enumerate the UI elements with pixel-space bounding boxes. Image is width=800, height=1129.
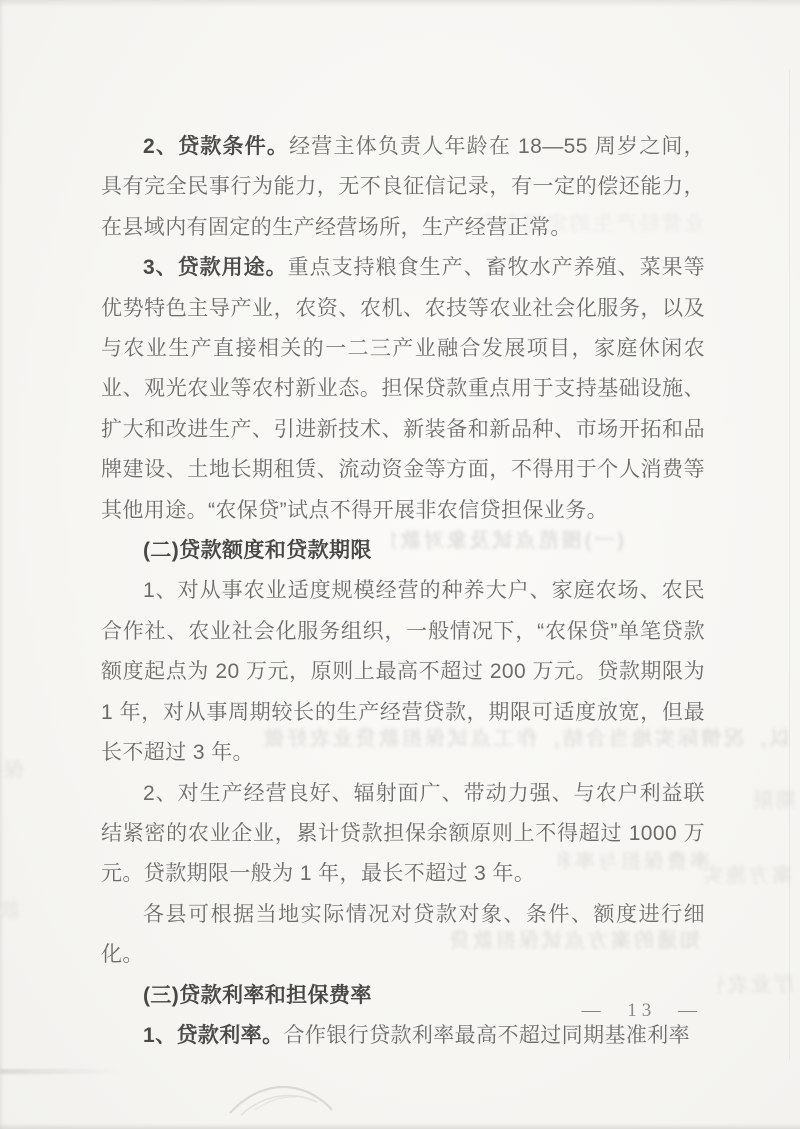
paragraph-text: 合作银行贷款利率最高不超过同期基准利率 — [283, 1024, 690, 1047]
paragraph: 2、对生产经营良好、辐射面广、带动力强、与农户利益联结紧密的农业企业，累计贷款担… — [101, 774, 705, 895]
paragraph-text: 1、对从事农业适度规模经营的种养大户、家庭农场、农民合作社、农业社会化服务组织，… — [101, 579, 705, 764]
paragraph-lead: 1、贷款利率。 — [143, 1024, 283, 1047]
section-heading: (二)贷款额度和贷款期限 — [101, 531, 705, 571]
bleed-through-ghost-text: 案方施实 — [700, 863, 792, 890]
page-number: — 13 — — [582, 1000, 703, 1022]
document-body: 2、贷款条件。经营主体负责人年龄在 18—55 周岁之间，具有完全民事行为能力，… — [101, 127, 705, 1056]
scan-edge-top — [0, 0, 800, 7]
scan-streak-artifact — [0, 1069, 118, 1074]
scanned-page: 2、贷款条件。经营主体负责人年龄在 18—55 周岁之间，具有完全民事行为能力，… — [0, 0, 800, 1129]
scan-edge-bottom — [0, 1123, 800, 1129]
paragraph: 各县可根据当地实际情况对贷款对象、条件、额度进行细化。 — [101, 895, 705, 976]
paragraph-text: 各县可根据当地实际情况对贷款对象、条件、额度进行细化。 — [101, 903, 705, 966]
paragraph-text: 重点支持粮食生产、畜牧水产养殖、菜果等优势特色主导产业，农资、农机、农技等农业社… — [101, 256, 705, 521]
paragraph-text: 2、对生产经营良好、辐射面广、带动力强、与农户利益联结紧密的农业企业，累计贷款担… — [101, 782, 705, 886]
bleed-through-ghost-text: 厅业农省 — [718, 972, 794, 999]
paragraph: 2、贷款条件。经营主体负责人年龄在 18—55 周岁之间，具有完全民事行为能力，… — [101, 127, 705, 248]
pencil-smudge-icon — [225, 1080, 337, 1122]
scan-edge-right — [789, 70, 790, 1060]
scan-edge-left — [0, 0, 4, 1129]
paragraph-lead: 2、贷款条件。 — [143, 135, 289, 158]
paragraph: 1、对从事农业适度规模经营的种养大户、家庭农场、农民合作社、农业社会化服务组织，… — [101, 571, 705, 773]
paragraph-lead: 3、贷款用途。 — [143, 256, 288, 279]
paragraph: 3、贷款用途。重点支持粮食生产、畜牧水产养殖、菜果等优势特色主导产业，农资、农机… — [101, 248, 705, 531]
